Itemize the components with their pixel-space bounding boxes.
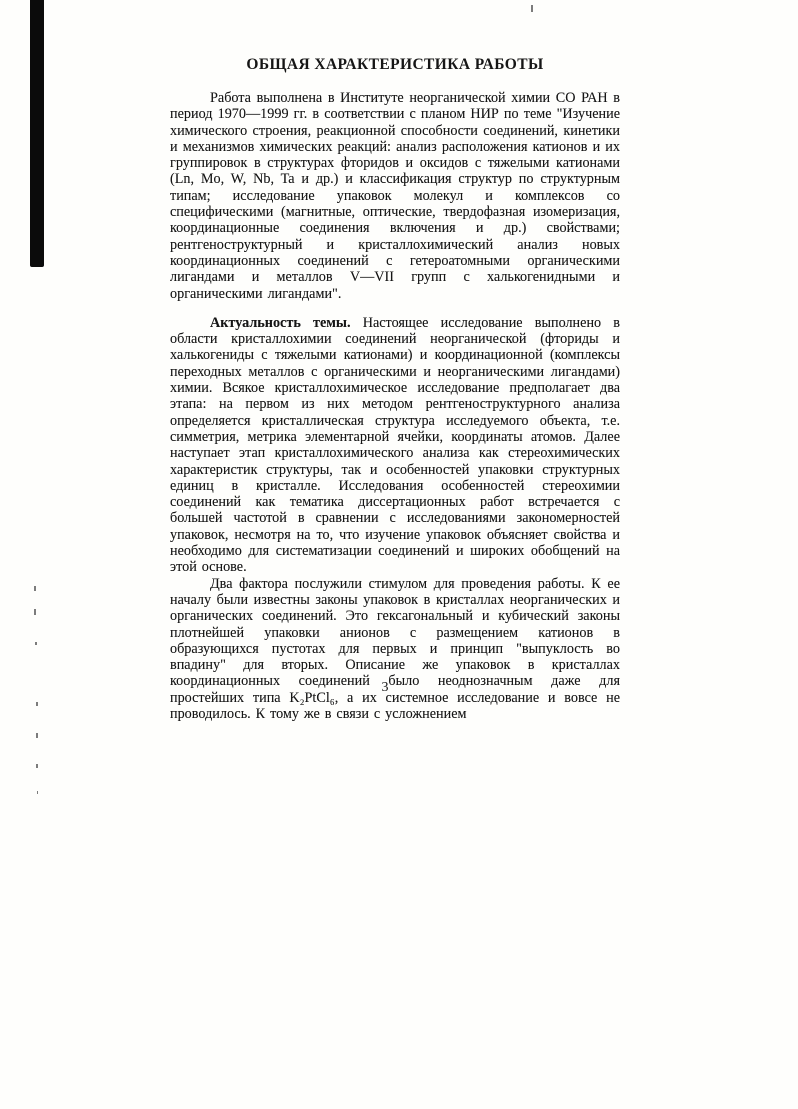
paragraph: Два фактора послужили стимулом для прове…: [170, 576, 620, 723]
scan-artifact-speck: [531, 5, 533, 12]
scan-artifact-speck: [35, 642, 37, 645]
scan-artifact-bar: [30, 0, 44, 267]
scan-artifact-speck: [34, 609, 36, 615]
paragraph: Работа выполнена в Институте неорганичес…: [170, 90, 620, 302]
document-page: ОБЩАЯ ХАРАКТЕРИСТИКА РАБОТЫ Работа выпол…: [0, 0, 798, 1109]
paragraph: Актуальность темы. Настоящее исследовани…: [170, 315, 620, 576]
scan-artifact-speck: [37, 791, 38, 794]
scan-artifact-speck: [36, 702, 38, 706]
scan-artifact-speck: [36, 733, 38, 738]
paragraph-text: Работа выполнена в Институте неорганичес…: [170, 90, 620, 302]
page-title: ОБЩАЯ ХАРАКТЕРИСТИКА РАБОТЫ: [170, 56, 620, 74]
scan-artifact-speck: [34, 586, 36, 591]
paragraph-lead-bold: Актуальность темы.: [210, 315, 351, 331]
page-number: 3: [170, 680, 600, 696]
paragraph-text: Настоящее исследование выполнено в облас…: [170, 315, 620, 575]
scan-artifact-speck: [36, 764, 38, 768]
text-body: Работа выполнена в Институте неорганичес…: [170, 90, 620, 722]
paragraph-text: Два фактора послужили стимулом для прове…: [170, 576, 620, 722]
